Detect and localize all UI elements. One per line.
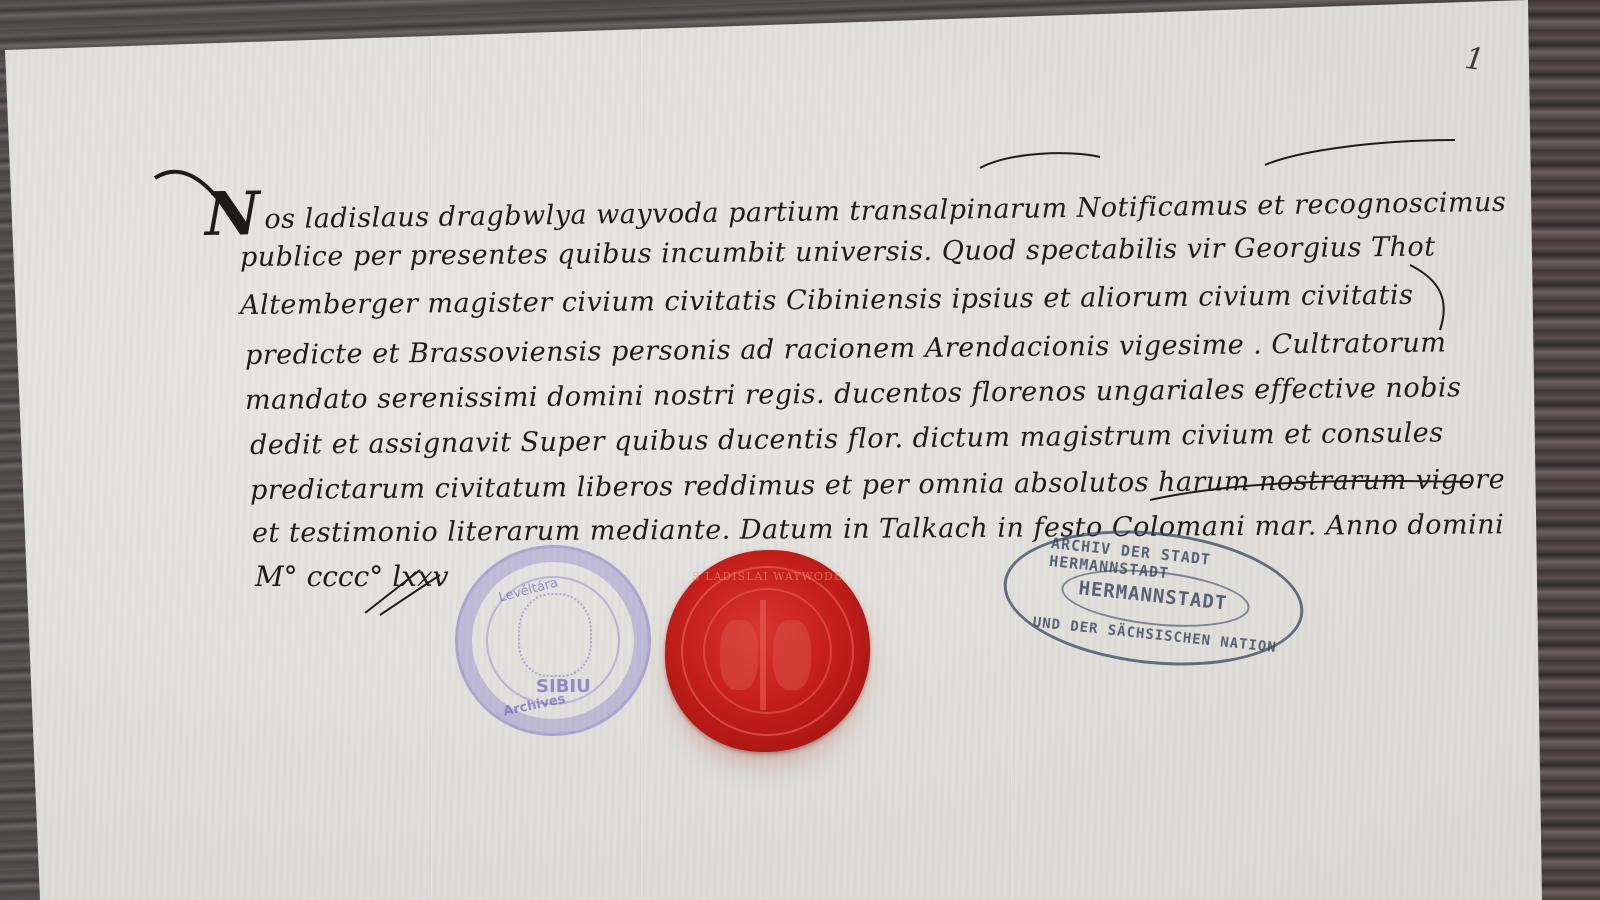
text-line-5: mandato serenissimi domini nostri regis.… [245,372,1462,416]
folio-number: 1 [1463,41,1487,78]
violet-archive-stamp: Levéltára SIBIU Archives [455,545,651,736]
red-wax-seal: S LADISLAI WAYWODE [665,550,870,752]
seal-staff-icon [760,600,766,710]
seal-figure-right-icon [773,620,811,690]
manuscript-paper: 1 Nos ladislaus dragbwlya wayvoda partiu… [0,0,1600,900]
date-line: M° cccc° lxxv [255,560,449,593]
eagle-emblem-icon [518,593,592,677]
text-line-8: et testimonio literarum mediante. Datum … [252,509,1504,549]
text-line-7: predictarum civitatum liberos reddimus e… [250,464,1505,506]
text-line-4: predicte et Brassoviensis personis ad ra… [245,327,1447,371]
seal-legend: S LADISLAI WAYWODE [665,570,870,583]
initial-letter: N [205,179,261,250]
text-line-6: dedit et assignavit Super quibus ducenti… [250,418,1444,461]
text-line-3: Altemberger magister civium civitatis Ci… [240,280,1414,321]
seal-figure-left-icon [720,620,758,690]
